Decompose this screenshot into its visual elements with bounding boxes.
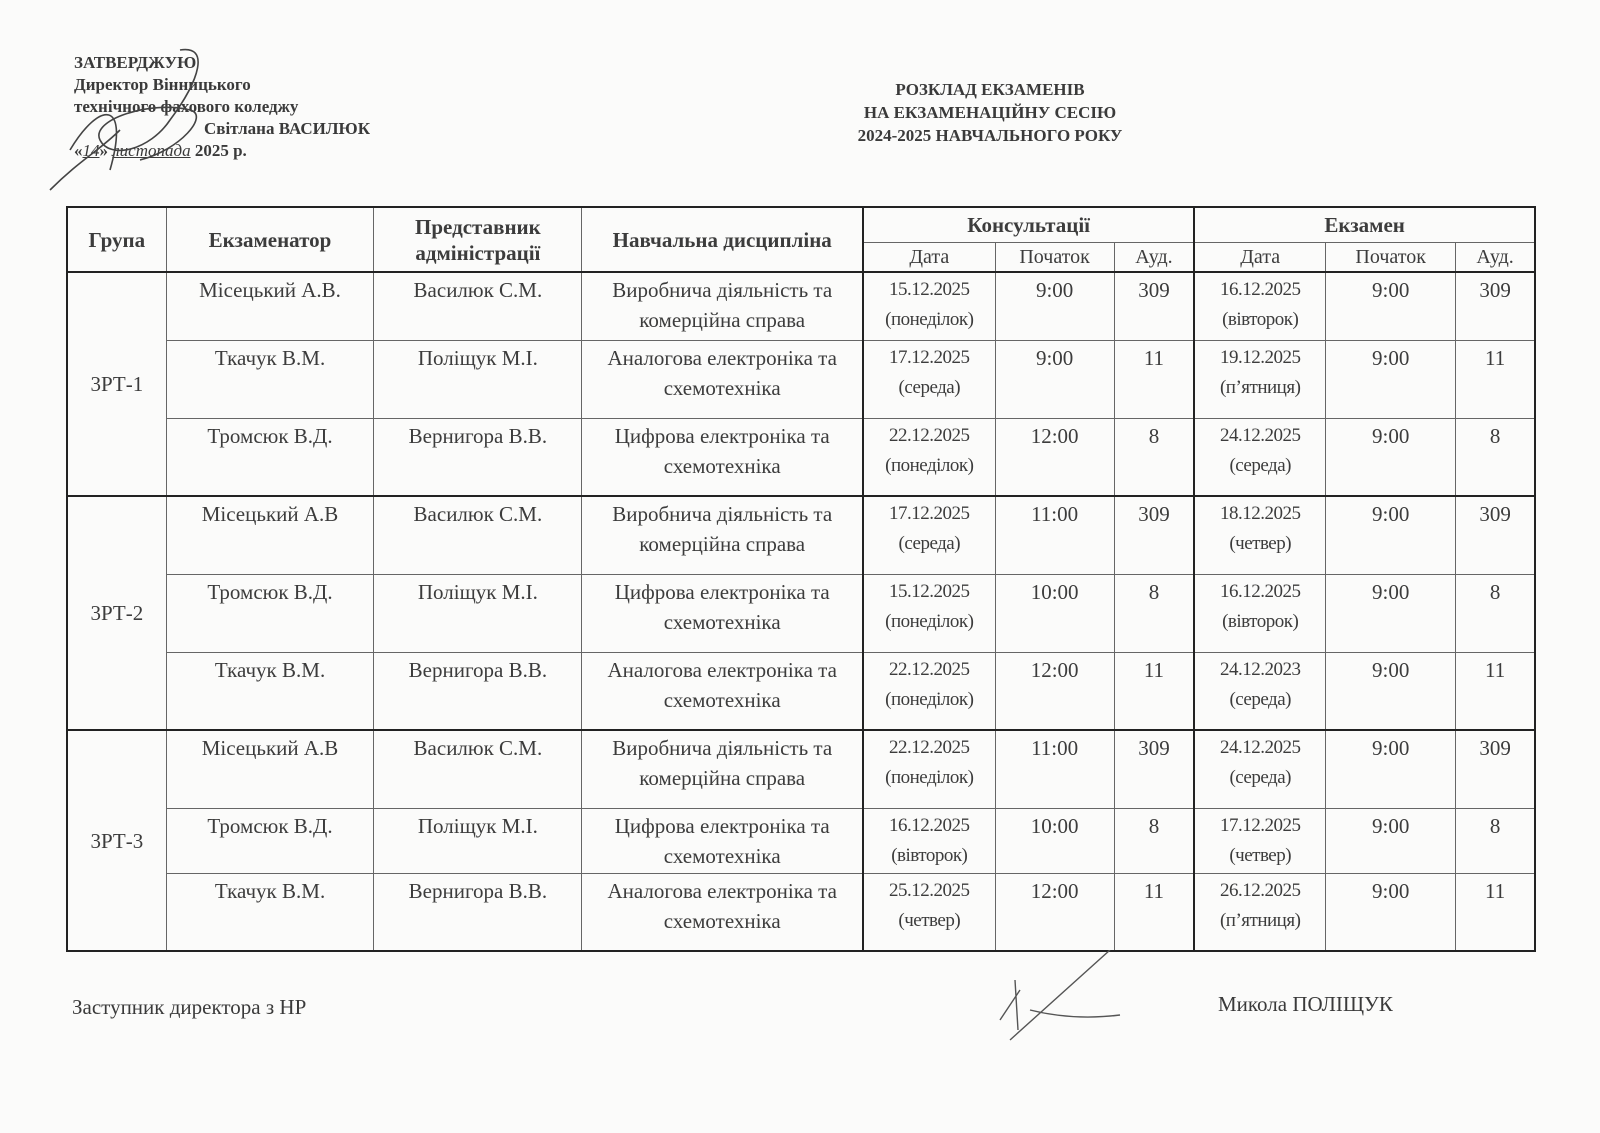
table-row: Тромсюк В.Д.Поліщук М.І.Цифрова електрон…	[67, 574, 1535, 652]
examiner-cell: Місецький А.В	[166, 730, 374, 808]
exam-weekday: (вівторок)	[1197, 305, 1323, 335]
exam-time-cell: 9:00	[1326, 730, 1456, 808]
exam-schedule-table: Група Екзаменатор Представник адміністра…	[66, 206, 1536, 952]
exam-room-cell: 309	[1456, 272, 1535, 340]
header-examiner: Екзаменатор	[166, 207, 374, 272]
exam-room-cell: 8	[1456, 574, 1535, 652]
table-row: 3РТ-2Місецький А.ВВасилюк С.М.Виробнича …	[67, 496, 1535, 574]
group-cell: 3РТ-1	[67, 272, 166, 496]
consult-time-cell: 9:00	[995, 272, 1114, 340]
exam-room-cell: 309	[1456, 496, 1535, 574]
consult-time-cell: 11:00	[995, 730, 1114, 808]
discipline-cell: Виробнича діяльність та комерційна справ…	[582, 272, 863, 340]
exam-time-cell: 9:00	[1326, 418, 1456, 496]
examiner-cell: Ткачук В.М.	[166, 873, 374, 951]
admin-cell: Поліщук М.І.	[374, 340, 582, 418]
admin-cell: Поліщук М.І.	[374, 574, 582, 652]
exam-date-cell: 18.12.2025(четвер)	[1194, 496, 1325, 574]
consult-time-cell: 9:00	[995, 340, 1114, 418]
exam-weekday: (четвер)	[1197, 841, 1323, 871]
consult-date: 15.12.2025	[866, 275, 993, 305]
exam-weekday: (середа)	[1197, 451, 1323, 481]
admin-cell: Василюк С.М.	[374, 730, 582, 808]
consult-weekday: (понеділок)	[866, 451, 993, 481]
exam-date-cell: 24.12.2023(середа)	[1194, 652, 1325, 730]
consult-date-cell: 17.12.2025(середа)	[863, 496, 995, 574]
discipline-cell: Виробнича діяльність та комерційна справ…	[582, 730, 863, 808]
exam-weekday: (вівторок)	[1197, 607, 1323, 637]
exam-date: 17.12.2025	[1197, 811, 1323, 841]
exam-room-cell: 11	[1456, 873, 1535, 951]
footer-position: Заступник директора з НР	[72, 995, 306, 1020]
header-consultations: Консультації	[863, 207, 1194, 243]
consult-date-cell: 15.12.2025(понеділок)	[863, 272, 995, 340]
exam-date: 18.12.2025	[1197, 499, 1323, 529]
exam-time-cell: 9:00	[1326, 496, 1456, 574]
consult-time-cell: 11:00	[995, 496, 1114, 574]
table-row: Ткачук В.М.Вернигора В.В.Аналогова елект…	[67, 873, 1535, 951]
admin-cell: Вернигора В.В.	[374, 418, 582, 496]
consult-date: 17.12.2025	[866, 499, 993, 529]
discipline-cell: Аналогова електроніка та схемотехніка	[582, 873, 863, 951]
examiner-cell: Тромсюк В.Д.	[166, 574, 374, 652]
examiner-cell: Місецький А.В	[166, 496, 374, 574]
consult-room-cell: 309	[1114, 272, 1194, 340]
header-exam-start: Початок	[1326, 243, 1456, 273]
consult-room-cell: 8	[1114, 808, 1194, 873]
table-row: 3РТ-3Місецький А.ВВасилюк С.М.Виробнича …	[67, 730, 1535, 808]
header-consult-date: Дата	[863, 243, 995, 273]
consult-room-cell: 11	[1114, 340, 1194, 418]
exam-weekday: (п’ятниця)	[1197, 373, 1323, 403]
table-row: Ткачук В.М.Вернигора В.В.Аналогова елект…	[67, 652, 1535, 730]
title-line-1: РОЗКЛАД ЕКЗАМЕНІВ	[780, 78, 1200, 101]
consult-date-cell: 15.12.2025(понеділок)	[863, 574, 995, 652]
consult-room-cell: 8	[1114, 574, 1194, 652]
approval-institution: технічного фахового коледжу	[74, 96, 370, 118]
header-consult-start: Початок	[995, 243, 1114, 273]
exam-time-cell: 9:00	[1326, 272, 1456, 340]
admin-cell: Василюк С.М.	[374, 272, 582, 340]
consult-room-cell: 11	[1114, 652, 1194, 730]
group-cell: 3РТ-2	[67, 496, 166, 730]
table-row: 3РТ-1Місецький А.В.Василюк С.М.Виробнича…	[67, 272, 1535, 340]
exam-room-cell: 11	[1456, 652, 1535, 730]
consult-date-cell: 22.12.2025(понеділок)	[863, 730, 995, 808]
discipline-cell: Цифрова електроніка та схемотехніка	[582, 808, 863, 873]
footer-signatory-name: Микола ПОЛІЩУК	[1218, 992, 1393, 1017]
consult-weekday: (понеділок)	[866, 305, 993, 335]
approval-heading: ЗАТВЕРДЖУЮ	[74, 52, 370, 74]
discipline-cell: Виробнича діяльність та комерційна справ…	[582, 496, 863, 574]
exam-date-cell: 16.12.2025(вівторок)	[1194, 574, 1325, 652]
exam-weekday: (середа)	[1197, 763, 1323, 793]
exam-time-cell: 9:00	[1326, 808, 1456, 873]
document-title: РОЗКЛАД ЕКЗАМЕНІВ НА ЕКЗАМЕНАЦІЙНУ СЕСІЮ…	[780, 78, 1200, 147]
consult-weekday: (понеділок)	[866, 763, 993, 793]
examiner-cell: Місецький А.В.	[166, 272, 374, 340]
header-discipline: Навчальна дисципліна	[582, 207, 863, 272]
exam-time-cell: 9:00	[1326, 873, 1456, 951]
admin-cell: Василюк С.М.	[374, 496, 582, 574]
header-admin: Представник адміністрації	[374, 207, 582, 272]
header-exam-room: Ауд.	[1456, 243, 1535, 273]
approval-position: Директор Вінницького	[74, 74, 370, 96]
table-row: Ткачук В.М.Поліщук М.І.Аналогова електро…	[67, 340, 1535, 418]
consult-weekday: (середа)	[866, 373, 993, 403]
consult-time-cell: 12:00	[995, 873, 1114, 951]
exam-date: 19.12.2025	[1197, 343, 1323, 373]
exam-date-cell: 17.12.2025(четвер)	[1194, 808, 1325, 873]
consult-time-cell: 12:00	[995, 418, 1114, 496]
exam-time-cell: 9:00	[1326, 340, 1456, 418]
approval-year: 2025 р.	[195, 141, 247, 160]
exam-date: 16.12.2025	[1197, 577, 1323, 607]
consult-date: 22.12.2025	[866, 733, 993, 763]
exam-room-cell: 8	[1456, 808, 1535, 873]
consult-date: 22.12.2025	[866, 655, 993, 685]
consult-date-cell: 25.12.2025(четвер)	[863, 873, 995, 951]
approval-day: 14	[83, 141, 100, 160]
exam-date-cell: 19.12.2025(п’ятниця)	[1194, 340, 1325, 418]
header-exam-date: Дата	[1194, 243, 1325, 273]
consult-date-cell: 17.12.2025(середа)	[863, 340, 995, 418]
admin-cell: Поліщук М.І.	[374, 808, 582, 873]
consult-date: 17.12.2025	[866, 343, 993, 373]
admin-cell: Вернигора В.В.	[374, 873, 582, 951]
consult-date-cell: 22.12.2025(понеділок)	[863, 652, 995, 730]
deputy-signature-icon	[990, 950, 1150, 1060]
discipline-cell: Аналогова електроніка та схемотехніка	[582, 652, 863, 730]
consult-date-cell: 22.12.2025(понеділок)	[863, 418, 995, 496]
exam-date: 24.12.2023	[1197, 655, 1323, 685]
header-consult-room: Ауд.	[1114, 243, 1194, 273]
consult-weekday: (понеділок)	[866, 685, 993, 715]
exam-room-cell: 11	[1456, 340, 1535, 418]
approval-month: листопада	[112, 141, 190, 160]
table-row: Тромсюк В.Д.Вернигора В.В.Цифрова електр…	[67, 418, 1535, 496]
exam-date: 26.12.2025	[1197, 876, 1323, 906]
consult-weekday: (вівторок)	[866, 841, 993, 871]
examiner-cell: Ткачук В.М.	[166, 652, 374, 730]
admin-cell: Вернигора В.В.	[374, 652, 582, 730]
discipline-cell: Цифрова електроніка та схемотехніка	[582, 418, 863, 496]
title-line-2: НА ЕКЗАМЕНАЦІЙНУ СЕСІЮ	[780, 101, 1200, 124]
consult-date: 25.12.2025	[866, 876, 993, 906]
examiner-cell: Тромсюк В.Д.	[166, 418, 374, 496]
consult-weekday: (четвер)	[866, 906, 993, 936]
group-cell: 3РТ-3	[67, 730, 166, 951]
exam-room-cell: 309	[1456, 730, 1535, 808]
examiner-cell: Тромсюк В.Д.	[166, 808, 374, 873]
exam-time-cell: 9:00	[1326, 652, 1456, 730]
consult-time-cell: 10:00	[995, 808, 1114, 873]
approval-date: «14» листопада 2025 р.	[74, 140, 370, 162]
table-row: Тромсюк В.Д.Поліщук М.І.Цифрова електрон…	[67, 808, 1535, 873]
header-group: Група	[67, 207, 166, 272]
exam-weekday: (п’ятниця)	[1197, 906, 1323, 936]
consult-weekday: (понеділок)	[866, 607, 993, 637]
consult-weekday: (середа)	[866, 529, 993, 559]
exam-date-cell: 24.12.2025(середа)	[1194, 730, 1325, 808]
exam-date-cell: 24.12.2025(середа)	[1194, 418, 1325, 496]
examiner-cell: Ткачук В.М.	[166, 340, 374, 418]
exam-date-cell: 16.12.2025(вівторок)	[1194, 272, 1325, 340]
exam-date: 24.12.2025	[1197, 733, 1323, 763]
consult-time-cell: 12:00	[995, 652, 1114, 730]
title-line-3: 2024-2025 НАВЧАЛЬНОГО РОКУ	[780, 124, 1200, 147]
consult-time-cell: 10:00	[995, 574, 1114, 652]
consult-date-cell: 16.12.2025(вівторок)	[863, 808, 995, 873]
approval-signatory-name: Світлана ВАСИЛЮК	[74, 118, 370, 140]
discipline-cell: Аналогова електроніка та схемотехніка	[582, 340, 863, 418]
consult-room-cell: 309	[1114, 730, 1194, 808]
discipline-cell: Цифрова електроніка та схемотехніка	[582, 574, 863, 652]
exam-weekday: (четвер)	[1197, 529, 1323, 559]
exam-time-cell: 9:00	[1326, 574, 1456, 652]
consult-date: 15.12.2025	[866, 577, 993, 607]
consult-date: 22.12.2025	[866, 421, 993, 451]
header-exam: Екзамен	[1194, 207, 1535, 243]
consult-date: 16.12.2025	[866, 811, 993, 841]
exam-room-cell: 8	[1456, 418, 1535, 496]
exam-date: 16.12.2025	[1197, 275, 1323, 305]
consult-room-cell: 11	[1114, 873, 1194, 951]
approval-block: ЗАТВЕРДЖУЮ Директор Вінницького технічно…	[74, 52, 370, 162]
exam-weekday: (середа)	[1197, 685, 1323, 715]
consult-room-cell: 8	[1114, 418, 1194, 496]
exam-date-cell: 26.12.2025(п’ятниця)	[1194, 873, 1325, 951]
exam-date: 24.12.2025	[1197, 421, 1323, 451]
consult-room-cell: 309	[1114, 496, 1194, 574]
